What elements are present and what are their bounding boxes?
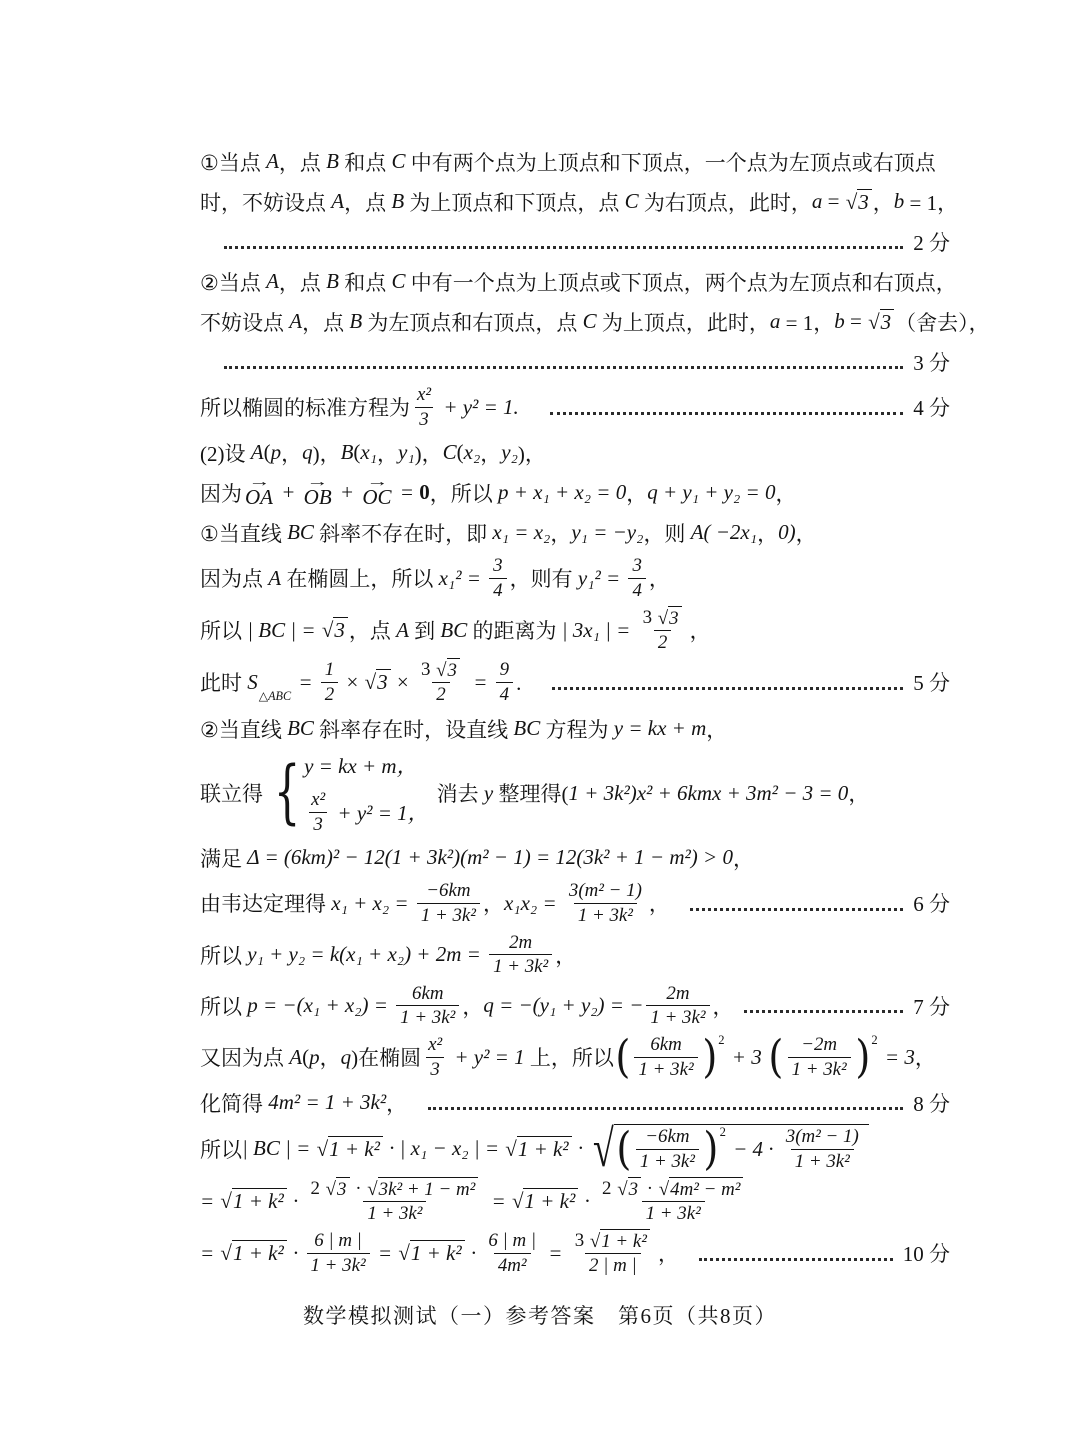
math-run: 3 — [858, 190, 869, 215]
fraction-numerator: 2m — [662, 982, 693, 1006]
text-run: . — [516, 667, 542, 697]
footer-text: 数学模拟测试（一）参考答案 第6页（共8页） — [303, 1304, 777, 1328]
radical-body: 3 — [447, 658, 460, 683]
text-run: ， — [550, 518, 571, 548]
solution-line: = √1 + k² · 2 √3 · √3k² + 1 − m²1 + 3k² … — [200, 1177, 950, 1226]
math-run: 1 + 3k² — [421, 904, 476, 928]
math-run: BC — [440, 618, 467, 643]
text-run: 2 — [311, 1177, 325, 1201]
solution-line: 因为→OA + →OB + →OC = 0，所以 p + x₁ + x₂ = 0… — [200, 474, 950, 511]
solution-line: 化简得 4m² = 1 + 3k²， 8 分 — [200, 1084, 950, 1121]
text-run: 和点 — [339, 147, 392, 177]
math-run: y = kx + m， — [304, 750, 417, 780]
text-run: （舍去）， — [895, 307, 990, 337]
solution-line: (2)设 A(p，q)，B(x₁，y₁)，C(x₂，y₂)， — [200, 434, 950, 471]
math-run: | BC | = — [242, 1136, 316, 1161]
math-run: 1 + 3k²)x² + 6kmx + 3m² − 3 = 0 — [568, 781, 848, 806]
system-rows: y = kx + m，x²3 + y² = 1， — [304, 750, 429, 836]
radical-sign: √ — [658, 606, 668, 631]
fraction-numerator: 3 √1 + k² — [571, 1229, 655, 1254]
radical-body: 1 + k² — [410, 1240, 465, 1266]
radical-body: 1 + k² — [232, 1240, 287, 1266]
text-run: ， — [796, 518, 817, 548]
math-run: x² — [417, 383, 431, 407]
math-run: 1 + 3k² — [792, 1058, 847, 1082]
math-run: 4 — [500, 683, 509, 707]
fraction-denominator: 1 + 3k² — [363, 1201, 426, 1226]
fraction-denominator: 2 | m | — [585, 1253, 641, 1278]
math-run: 3(m² − 1) — [569, 879, 642, 903]
math-run: −2m — [801, 1033, 837, 1057]
fraction: 34 — [628, 554, 645, 602]
math-run: A — [331, 189, 344, 214]
radical-body: 3 — [628, 1177, 641, 1202]
math-run: p + x₁ + x₂ = 0 — [498, 480, 626, 505]
fraction-numerator: −2m — [797, 1033, 841, 1057]
fraction-denominator: 1 + 3k² — [646, 1005, 709, 1030]
text-run: ，点 — [302, 307, 349, 337]
text-run: 不妨设点 — [200, 307, 289, 337]
text-run: ( — [457, 440, 464, 465]
text-run: 2 — [602, 1177, 616, 1201]
math-run: = — [200, 1241, 219, 1266]
text-run: · — [351, 1177, 367, 1201]
fraction-denominator: 3 — [309, 812, 326, 837]
radical: √3 — [658, 606, 682, 631]
fraction-numerator: 9 — [496, 658, 513, 682]
math-run: = — [373, 1241, 398, 1266]
text-run: ， — [462, 991, 483, 1021]
math-run: B — [341, 440, 354, 465]
fraction-denominator: 3 — [426, 1057, 443, 1082]
radical-sign: √ — [868, 309, 880, 335]
math-run: 6km — [412, 982, 443, 1006]
radical-body: 3 — [336, 1177, 349, 1202]
fraction-numerator: 3 √3 — [639, 606, 687, 631]
fraction: −6km1 + 3k² — [417, 879, 480, 927]
vector-arrow-icon: → — [366, 478, 388, 486]
text-run: ， — [649, 563, 670, 593]
math-run: q — [302, 440, 313, 465]
fraction-numerator: 3 — [489, 554, 506, 578]
math-run: p — [271, 440, 282, 465]
text-run: ( — [264, 440, 271, 465]
fraction: 3(m² − 1)1 + 3k² — [565, 879, 646, 927]
math-run: b — [834, 309, 845, 334]
text-run: ，则有 — [510, 563, 578, 593]
solution-line: 所以 p = −(x₁ + x₂) = 6km1 + 3k²，q = −(y₁ … — [200, 982, 950, 1030]
fraction-denominator: 1 + 3k² — [396, 1005, 459, 1030]
radical: √1 + k² — [398, 1240, 464, 1266]
fraction-denominator: 1 + 3k² — [636, 1149, 699, 1174]
radical: √3 — [868, 309, 894, 335]
math-run: A( −2x₁ — [691, 520, 757, 545]
math-run: C — [443, 440, 457, 465]
math-run: 3 — [669, 607, 678, 631]
math-run: 1 + 3k² — [795, 1150, 850, 1174]
math-run: · — [579, 1189, 595, 1214]
math-run: 3(m² − 1) — [786, 1125, 859, 1149]
math-run: 3 — [493, 554, 502, 578]
fraction-numerator: 2 √3 · √4m² − m² — [598, 1177, 748, 1202]
fraction: 6km1 + 3k² — [634, 1033, 697, 1081]
radical-body: 3 — [857, 189, 872, 215]
big-paren: ) — [702, 1040, 717, 1074]
math-run: A — [251, 440, 264, 465]
math-run: 4 — [493, 579, 502, 603]
text-run: ， — [690, 615, 711, 645]
math-run: · — [288, 1241, 304, 1266]
math-run: A — [289, 1045, 302, 1070]
text-run: 时，不妨设点 — [200, 187, 331, 217]
math-run: 2 — [325, 683, 334, 707]
text-run: 因为点 — [200, 563, 268, 593]
math-run: Δ = (6km)² − 12(1 + 3k²)(m² − 1) = 12(3k… — [247, 845, 733, 870]
fraction-numerator: −6km — [422, 879, 474, 903]
math-run: 1 + k² — [233, 1241, 284, 1266]
math-run: 1 + 3k² — [646, 1202, 701, 1226]
math-run: | 3x₁ | = — [562, 618, 636, 643]
vector-body: OA — [245, 487, 273, 508]
fraction-numerator: 3(m² − 1) — [565, 879, 646, 903]
text-run: = 1， — [780, 307, 834, 337]
radical-sign: √ — [659, 1177, 669, 1202]
text-run: ， — [480, 438, 501, 468]
text-run: ， — [873, 187, 894, 217]
math-run: 1 + k² — [524, 1189, 575, 1214]
radical-body: 1 + k² — [523, 1188, 578, 1214]
text-run: 为右顶点，此时， — [639, 187, 812, 217]
text-run: ， — [626, 478, 647, 508]
math-run: 1 — [325, 658, 334, 682]
math-run: −6km — [426, 879, 470, 903]
vector-body: OB — [304, 487, 332, 508]
fraction-numerator: x² — [413, 383, 435, 407]
math-run: x₁ — [360, 440, 377, 465]
math-run: 4m² = 1 + 3k² — [268, 1090, 386, 1115]
math-run: A — [266, 269, 279, 294]
superscript: 2 — [871, 1034, 877, 1047]
radical-sign: √ — [367, 1177, 377, 1202]
text-run: 此时 — [200, 667, 247, 697]
text-run: 3 — [421, 658, 435, 682]
math-run: y₁ — [398, 440, 415, 465]
math-run: y₁² = — [578, 566, 626, 591]
text-run: ， — [483, 888, 504, 918]
math-run: + — [276, 480, 301, 505]
text-run: 中有一个点为上顶点或下顶点，两个点为左顶点和右顶点， — [406, 267, 957, 297]
text-run: = 1， — [904, 187, 958, 217]
equation-system: {y = kx + m，x²3 + y² = 1， — [265, 750, 429, 836]
radical-sign: √ — [365, 669, 377, 695]
math-run: 1 + k² — [518, 1137, 569, 1162]
page-footer: 数学模拟测试（一）参考答案 第6页（共8页） — [0, 1300, 1080, 1330]
radical-body: 1 + k² — [328, 1136, 383, 1162]
text-run: ，点 — [279, 147, 326, 177]
math-run: C — [391, 149, 405, 174]
text-run: )， — [415, 438, 443, 468]
math-run: C — [625, 189, 639, 214]
solution-line: 此时 S△ABC = 12 × √3 × 3 √32 = 94. 5 分 — [200, 658, 950, 707]
text-run: 为左顶点和右顶点，点 — [362, 307, 583, 337]
big-paren: ( — [768, 1040, 783, 1074]
math-run: 0) — [778, 520, 796, 545]
solution-line: ①当点 A，点 B 和点 C 中有两个点为上顶点和下顶点，一个点为左顶点或右顶点 — [200, 143, 950, 180]
math-run: C — [391, 269, 405, 294]
radical-sign: √ — [317, 1136, 329, 1162]
math-run: 1 + k² — [329, 1137, 380, 1162]
radical-sign: √ — [326, 1177, 336, 1202]
fraction: 3 √1 + k²2 | m | — [571, 1229, 655, 1278]
math-run: 3 — [629, 1178, 638, 1202]
fraction: 3 √32 — [639, 606, 687, 655]
math-run: B — [349, 309, 362, 334]
text-run: ， — [757, 518, 778, 548]
text-run: 所以 — [200, 615, 247, 645]
dotted-leader — [224, 246, 903, 249]
fraction-denominator: 2 — [432, 682, 449, 707]
radical-body: 1 + k² — [600, 1229, 650, 1254]
math-run: p — [309, 1045, 320, 1070]
vector: →OB — [304, 478, 332, 508]
math-run: A — [268, 566, 281, 591]
fraction-numerator: 6km — [408, 982, 447, 1006]
math-answer-page: ①当点 A，点 B 和点 C 中有两个点为上顶点和下顶点，一个点为左顶点或右顶点… — [0, 0, 1080, 1452]
system-brace: { — [274, 765, 300, 820]
dotted-leader — [552, 687, 903, 690]
math-run: 3 — [377, 670, 388, 695]
math-run: = 3 — [880, 1045, 915, 1070]
text-run: ①当点 — [200, 147, 266, 177]
math-run: BC — [287, 520, 314, 545]
math-run: + 3 — [727, 1045, 767, 1070]
text-run: ， — [713, 991, 734, 1021]
radical-sign: √ — [220, 1188, 232, 1214]
dotted-leader — [224, 366, 903, 369]
text-run: ， — [915, 1042, 936, 1072]
text-run: )， — [313, 438, 341, 468]
text-run: 化简得 — [200, 1088, 268, 1118]
math-run: · — [573, 1136, 589, 1161]
math-run: · | x₁ − x₂ | = — [384, 1136, 504, 1161]
radical: √1 + k² — [220, 1240, 286, 1266]
radical: √4m² − m² — [659, 1177, 744, 1202]
math-run: A — [266, 149, 279, 174]
solution-line: = √1 + k² · 6 | m |1 + 3k² = √1 + k² · 6… — [200, 1229, 950, 1278]
math-run: 1 + 3k² — [638, 1058, 693, 1082]
text-run: ， — [555, 940, 576, 970]
score-label: 4 分 — [913, 392, 950, 422]
score-label: 7 分 — [913, 991, 950, 1021]
fraction: x²3 — [413, 383, 435, 431]
score-label: 2 分 — [913, 227, 950, 257]
solution-line: 3 分 — [200, 343, 950, 380]
solution-line: ①当直线 BC 斜率不存在时，即 x₁ = x₂，y₁ = −y₂，则 A( −… — [200, 514, 950, 551]
solution-line: 由韦达定理得 x₁ + x₂ = −6km1 + 3k²，x₁x₂ = 3(m²… — [200, 879, 950, 927]
text-run: 方程为 — [540, 714, 614, 744]
fraction: 2 √3 · √3k² + 1 − m²1 + 3k² — [307, 1177, 484, 1226]
math-run: 6km — [650, 1033, 681, 1057]
text-run: ，所以 — [430, 478, 498, 508]
fraction-numerator: x² — [424, 1033, 446, 1057]
radical-sign: √ — [436, 658, 446, 683]
math-run: 1 + 3k² — [400, 1006, 455, 1030]
text-run: 所以 — [200, 1134, 242, 1164]
text-run: 所以椭圆的标准方程为 — [200, 392, 410, 422]
fraction-denominator: 1 + 3k² — [634, 1057, 697, 1082]
fraction-numerator: 1 — [321, 658, 338, 682]
system-row: y = kx + m， — [304, 750, 417, 780]
fraction-numerator: 2m — [505, 931, 536, 955]
fraction-numerator: x² — [307, 788, 329, 812]
dotted-leader — [428, 1107, 904, 1110]
solution-line: 所以 y₁ + y₂ = k(x₁ + x₂) + 2m = 2m1 + 3k²… — [200, 931, 950, 979]
text-run: × — [392, 670, 414, 695]
math-run: y₁ + y₂ = k(x₁ + x₂) + 2m = — [247, 942, 486, 967]
math-run: p = −(x₁ + x₂) = — [247, 993, 393, 1018]
fraction-denominator: 4 — [496, 682, 513, 707]
fraction: 6km1 + 3k² — [396, 982, 459, 1030]
text-run: ②当点 — [200, 267, 266, 297]
text-run: ， — [386, 1088, 418, 1118]
dotted-leader — [744, 1010, 904, 1013]
fraction-numerator: 6km — [646, 1033, 685, 1057]
text-run: × — [341, 670, 363, 695]
text-run: 为上顶点，此时， — [597, 307, 770, 337]
math-run: q = −(y₁ + y₂) = − — [483, 993, 643, 1018]
text-run: ①当直线 — [200, 518, 287, 548]
text-run: ， — [281, 438, 302, 468]
solution-line: 不妨设点 A，点 B 为左顶点和右顶点，点 C 为上顶点，此时，a = 1，b … — [200, 303, 950, 340]
solution-line: 又因为点 A(p，q)在椭圆x²3 + y² = 1 上，所以(6km1 + 3… — [200, 1033, 950, 1081]
fraction-numerator: 6 | m | — [484, 1229, 540, 1253]
math-run: a — [770, 309, 781, 334]
text-run — [519, 392, 540, 422]
superscript: 2 — [718, 1034, 724, 1047]
text-run: 到 — [409, 615, 441, 645]
math-run: 1 + k² — [233, 1189, 284, 1214]
score-label: 8 分 — [913, 1088, 950, 1118]
fraction: 94 — [496, 658, 513, 706]
math-run: · — [288, 1189, 304, 1214]
bold-run: 0 — [419, 480, 430, 505]
system-row: x²3 + y² = 1， — [304, 788, 429, 836]
text-run: 又因为点 — [200, 1042, 289, 1072]
math-run: 9 — [500, 658, 509, 682]
math-run: 1 + 3k² — [650, 1006, 705, 1030]
math-run: x₁x₂ = — [504, 891, 562, 916]
fraction: x²3 — [307, 788, 329, 836]
fraction-denominator: 4 — [489, 578, 506, 603]
score-label: 5 分 — [913, 667, 950, 697]
fraction-denominator: 1 + 3k² — [788, 1057, 851, 1082]
vector: →OA — [245, 478, 273, 508]
math-run: 4m² − m² — [670, 1178, 740, 1202]
math-run: 4m² — [498, 1254, 527, 1278]
math-run: S — [247, 670, 258, 695]
math-run: + y² = 1. — [438, 395, 519, 420]
radical: √(−6km1 + 3k²)2 − 4 · 3(m² − 1)1 + 3k² — [589, 1124, 868, 1173]
radical-sign: √ — [617, 1177, 627, 1202]
text-run: ， — [649, 888, 681, 918]
math-run: 1 + k² — [601, 1230, 647, 1254]
text-run: 消去 — [437, 778, 484, 808]
text-run: 在椭圆上，所以 — [281, 563, 439, 593]
math-run: 2 — [436, 683, 445, 707]
math-run: y = kx + m — [614, 716, 706, 741]
radical-body: 3 — [376, 669, 391, 695]
text-run: 中有两个点为上顶点和下顶点，一个点为左顶点或右顶点 — [406, 147, 936, 177]
math-run: x₁² = — [439, 566, 487, 591]
radical: √3 — [322, 617, 348, 643]
big-paren: ( — [615, 1040, 630, 1074]
math-run: = — [468, 670, 493, 695]
math-run: 3 — [313, 813, 322, 837]
math-run: = — [543, 1241, 568, 1266]
radical-sign: √ — [590, 1229, 600, 1254]
math-run: A — [289, 309, 302, 334]
math-run: 3 — [334, 618, 345, 643]
subscript: △ABC — [259, 689, 291, 704]
math-run: q + y₁ + y₂ = 0 — [647, 480, 775, 505]
text-run: ， — [775, 478, 796, 508]
text-run: )在椭圆 — [351, 1042, 421, 1072]
fraction: −2m1 + 3k² — [788, 1033, 851, 1081]
fraction: 3(m² − 1)1 + 3k² — [782, 1125, 863, 1173]
text-run: 为上顶点和下顶点，点 — [404, 187, 625, 217]
math-run: 3 — [337, 1178, 346, 1202]
math-run: C — [583, 309, 597, 334]
text-run: 的距离为 — [467, 615, 562, 645]
text-run: ，则 — [643, 518, 690, 548]
text-run: = — [822, 189, 844, 214]
math-run: + y² = 1 — [449, 1045, 524, 1070]
text-run: 因为 — [200, 478, 242, 508]
radical: √1 + k² — [590, 1229, 650, 1254]
radical-body: 3 — [880, 309, 895, 335]
math-run: = — [486, 1189, 511, 1214]
text-run: 3 — [575, 1229, 589, 1253]
score-label: 6 分 — [913, 888, 950, 918]
fraction-denominator: 1 + 3k² — [417, 903, 480, 928]
math-run: 2m — [666, 982, 689, 1006]
text-run: 满足 — [200, 843, 247, 873]
fraction-denominator: 4 — [628, 578, 645, 603]
math-run: 3k² + 1 − m² — [379, 1178, 476, 1202]
math-run: 4 — [632, 579, 641, 603]
math-run: a — [812, 189, 823, 214]
math-run: = — [395, 480, 420, 505]
fraction: 12 — [321, 658, 338, 706]
radical-body: 4m² − m² — [669, 1177, 743, 1202]
math-run: 2m — [509, 931, 532, 955]
fraction-numerator: 3(m² − 1) — [782, 1125, 863, 1149]
solution-line: 联立得{y = kx + m，x²3 + y² = 1，消去 y 整理得(1 +… — [200, 750, 950, 836]
radical-body: 3 — [333, 617, 348, 643]
math-run: x₁ = x₂ — [492, 520, 550, 545]
vector-arrow-icon: → — [307, 478, 329, 486]
math-run: x² — [428, 1033, 442, 1057]
math-run: 6 | m | — [488, 1229, 536, 1253]
text-run: 所以 — [200, 991, 247, 1021]
fraction: 2m1 + 3k² — [489, 931, 552, 979]
radical-sign: √ — [505, 1136, 517, 1162]
text-run: ②当直线 — [200, 714, 287, 744]
text-run: 所以 — [200, 940, 247, 970]
fraction-denominator: 1 + 3k² — [489, 954, 552, 979]
radical: √1 + k² — [220, 1188, 286, 1214]
text-run: ，点 — [349, 615, 396, 645]
